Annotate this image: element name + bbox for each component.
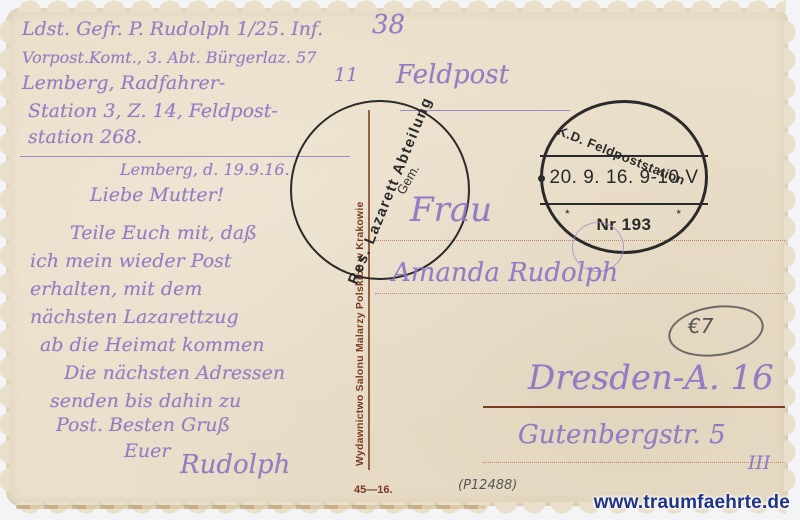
sender-line-2: Vorpost.Komt., 3. Abt. Bürgerlaz. 57 xyxy=(22,48,316,67)
print-code: 45—16. xyxy=(354,484,393,496)
postmark-number: Nr 193 xyxy=(543,215,705,235)
message-line: nächsten Lazarettzug xyxy=(30,306,239,328)
recipient-name: Amanda Rudolph xyxy=(392,258,618,288)
address-rule-solid xyxy=(483,406,785,408)
watermark-link[interactable]: www.traumfaehrte.de xyxy=(594,492,790,514)
sender-line-1: Ldst. Gefr. P. Rudolph 1/25. Inf. xyxy=(22,18,323,40)
feldpost-label: Feldpost xyxy=(396,60,509,90)
message-line: senden bis dahin zu xyxy=(50,390,241,412)
recipient-title: Frau xyxy=(410,190,492,230)
sender-line-4: Station 3, Z. 14, Feldpost- xyxy=(28,100,278,122)
sender-line-3: Lemberg, Radfahrer- xyxy=(22,72,225,94)
message-line: Die nächsten Adressen xyxy=(64,362,285,384)
message-line: ab die Heimat kommen xyxy=(40,334,264,356)
message-line: Euer xyxy=(124,440,170,462)
recipient-floor: III xyxy=(748,452,771,474)
scalloped-edge-right xyxy=(784,18,796,496)
message-salutation: Liebe Mutter! xyxy=(90,184,224,206)
sender-line-5: station 268. xyxy=(28,126,142,148)
recipient-street: Gutenbergstr. 5 xyxy=(518,420,726,450)
message-line: ich mein wieder Post xyxy=(30,250,232,272)
scalloped-edge-left xyxy=(0,18,10,496)
address-rule xyxy=(483,462,785,463)
message-line: Post. Besten Gruß xyxy=(56,414,230,436)
room-mark: 11 xyxy=(334,64,358,86)
pencil-catalog-note: (P12488) xyxy=(458,478,517,493)
pencil-price-note: €7 xyxy=(688,314,713,338)
feldpost-postmark: K.D. Feldpoststation 20. 9. 16. 9-10 V *… xyxy=(540,100,708,254)
message-place-date: Lemberg, d. 19.9.16. xyxy=(120,160,290,179)
recipient-city: Dresden-A. 16 xyxy=(528,358,774,398)
message-line: erhalten, mit dem xyxy=(30,278,202,300)
message-line: Teile Euch mit, daß xyxy=(70,222,257,244)
signature: Rudolph xyxy=(180,450,290,480)
corner-number: 38 xyxy=(372,10,405,40)
postmark-date: 20. 9. 16. 9-10 V xyxy=(543,167,705,189)
address-rule xyxy=(375,293,785,294)
torn-edge xyxy=(16,505,486,509)
